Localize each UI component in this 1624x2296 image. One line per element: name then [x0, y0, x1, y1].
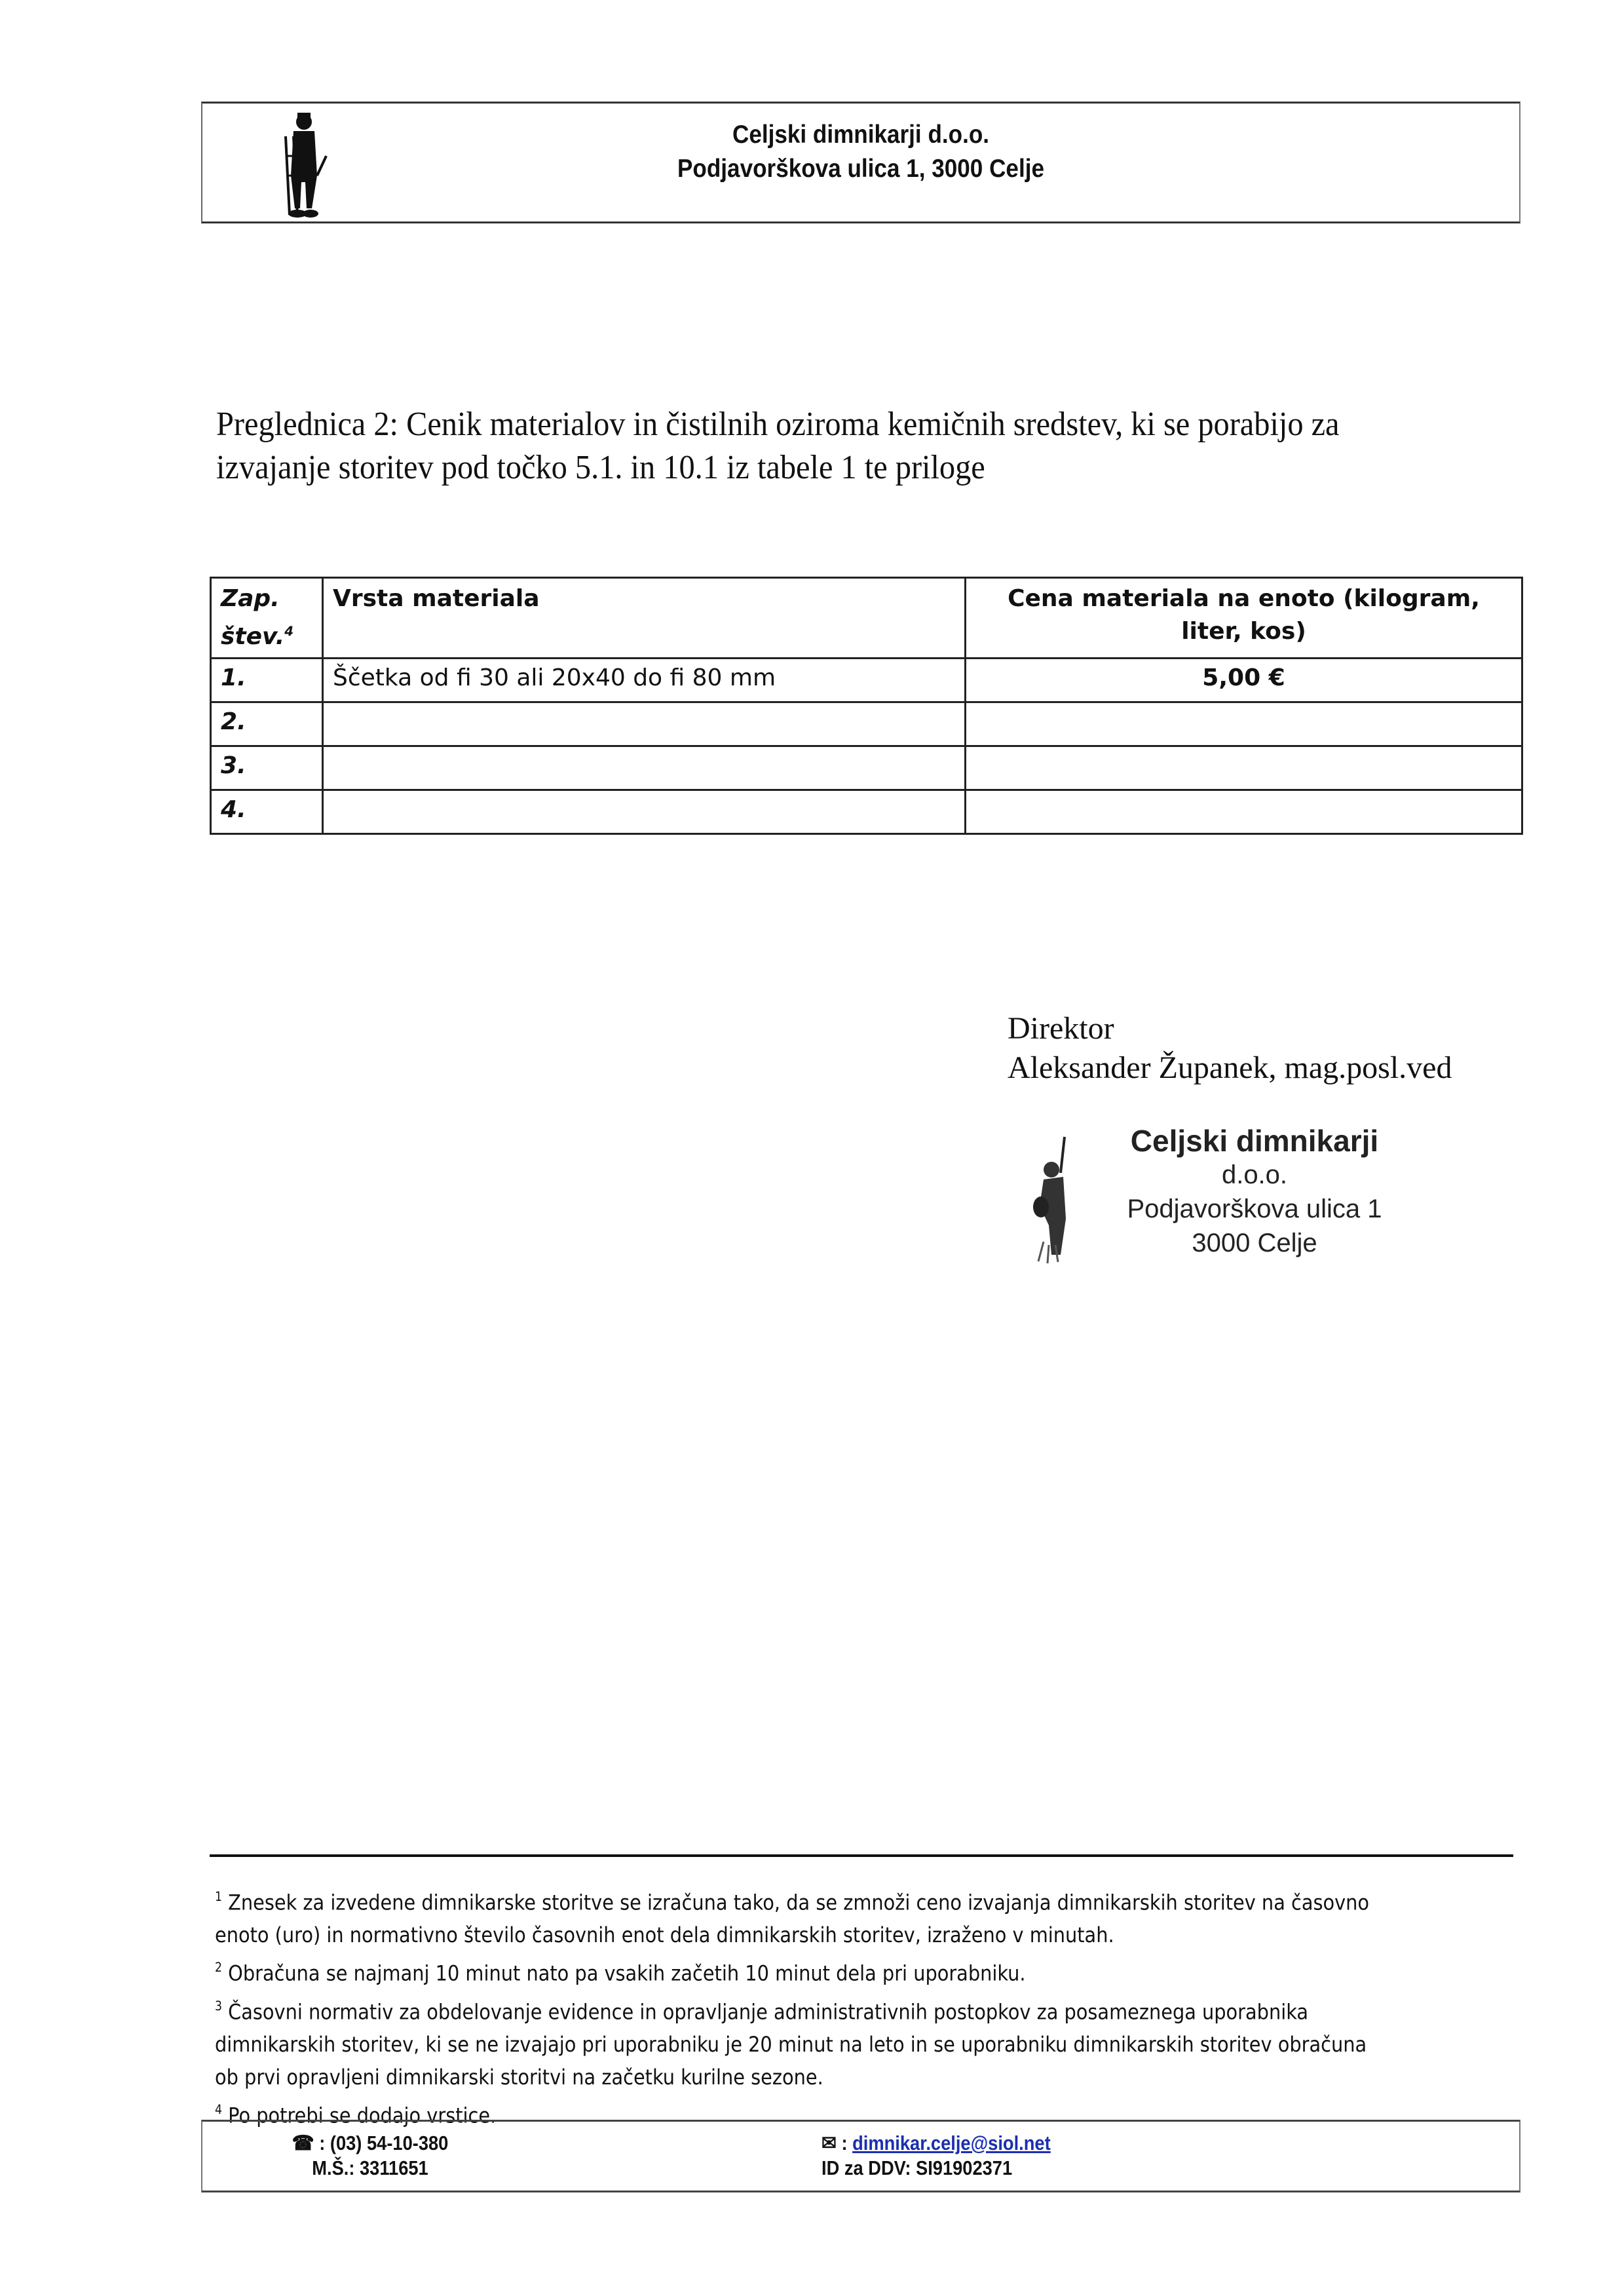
table-header-row: Zap. štev.4 Vrsta materiala Cena materia…: [211, 578, 1522, 659]
row-price: [966, 746, 1522, 790]
stamp-text: Celjski dimnikarji d.o.o. Podjavorškova …: [1078, 1124, 1431, 1260]
stamp-line: Podjavorškova ulica 1: [1078, 1192, 1431, 1226]
signatory-title: Direktor: [1008, 1009, 1452, 1048]
footnote: 1 Znesek za izvedene dimnikarske storitv…: [215, 1881, 1394, 1951]
stamp-line: 3000 Celje: [1078, 1226, 1431, 1260]
table-row: 1. Ščetka od fi 30 ali 20x40 do fi 80 mm…: [211, 659, 1522, 702]
row-number: 4.: [211, 790, 323, 834]
vat-id: ID za DDV: SI91902371: [821, 2156, 1225, 2181]
footnote-separator: [210, 1854, 1513, 1857]
registration-number: M.Š.: 3311651: [255, 2156, 485, 2181]
row-material: Ščetka od fi 30 ali 20x40 do fi 80 mm: [323, 659, 966, 702]
contact-footer: ☎ : (03) 54-10-380 M.Š.: 3311651 ✉ : dim…: [201, 2120, 1520, 2192]
signatory-name: Aleksander Županek, mag.posl.ved: [1008, 1048, 1452, 1088]
row-material: [323, 746, 966, 790]
email-line: ✉ : dimnikar.celje@siol.net: [821, 2131, 1225, 2156]
company-name: Celjski dimnikarji d.o.o.: [269, 118, 1454, 152]
row-number: 2.: [211, 702, 323, 746]
row-price: 5,00 €: [966, 659, 1522, 702]
row-number: 1.: [211, 659, 323, 702]
stamp-line: Celjski dimnikarji: [1078, 1124, 1431, 1158]
company-header: Celjski dimnikarji d.o.o. Podjavorškova …: [269, 118, 1454, 186]
table-row: 3.: [211, 746, 1522, 790]
row-material: [323, 790, 966, 834]
phone-icon: ☎: [292, 2132, 314, 2154]
header-col-material: Vrsta materiala: [323, 578, 966, 659]
letterhead: Celjski dimnikarji d.o.o. Podjavorškova …: [201, 102, 1520, 223]
chimney-sweep-stamp-icon: [1032, 1134, 1078, 1265]
envelope-icon: ✉: [821, 2132, 837, 2154]
company-stamp: Celjski dimnikarji d.o.o. Podjavorškova …: [1006, 1124, 1438, 1281]
phone-line: ☎ : (03) 54-10-380: [255, 2131, 485, 2156]
footnotes: 1 Znesek za izvedene dimnikarske storitv…: [215, 1881, 1394, 2132]
phone-number: : (03) 54-10-380: [319, 2132, 448, 2154]
table-caption: Preglednica 2: Cenik materialov in čisti…: [216, 403, 1374, 489]
footnote: 3 Časovni normativ za obdelovanje eviden…: [215, 1990, 1394, 2094]
contact-right: ✉ : dimnikar.celje@siol.net ID za DDV: S…: [821, 2131, 1225, 2181]
row-material: [323, 702, 966, 746]
row-price: [966, 702, 1522, 746]
contact-left: ☎ : (03) 54-10-380 M.Š.: 3311651: [255, 2131, 485, 2181]
table-row: 2.: [211, 702, 1522, 746]
row-number: 3.: [211, 746, 323, 790]
header-col-number: Zap. štev.4: [211, 578, 323, 659]
materials-price-table: Zap. štev.4 Vrsta materiala Cena materia…: [210, 577, 1523, 835]
table-row: 4.: [211, 790, 1522, 834]
stamp-line: d.o.o.: [1078, 1158, 1431, 1192]
footnote: 2 Obračuna se najmanj 10 minut nato pa v…: [215, 1951, 1394, 1989]
signature-block: Direktor Aleksander Županek, mag.posl.ve…: [1008, 1009, 1452, 1088]
email-link[interactable]: dimnikar.celje@siol.net: [852, 2132, 1051, 2154]
header-col-price: Cena materiala na enoto (kilogram, liter…: [966, 578, 1522, 659]
company-address: Podjavorškova ulica 1, 3000 Celje: [269, 152, 1454, 186]
row-price: [966, 790, 1522, 834]
